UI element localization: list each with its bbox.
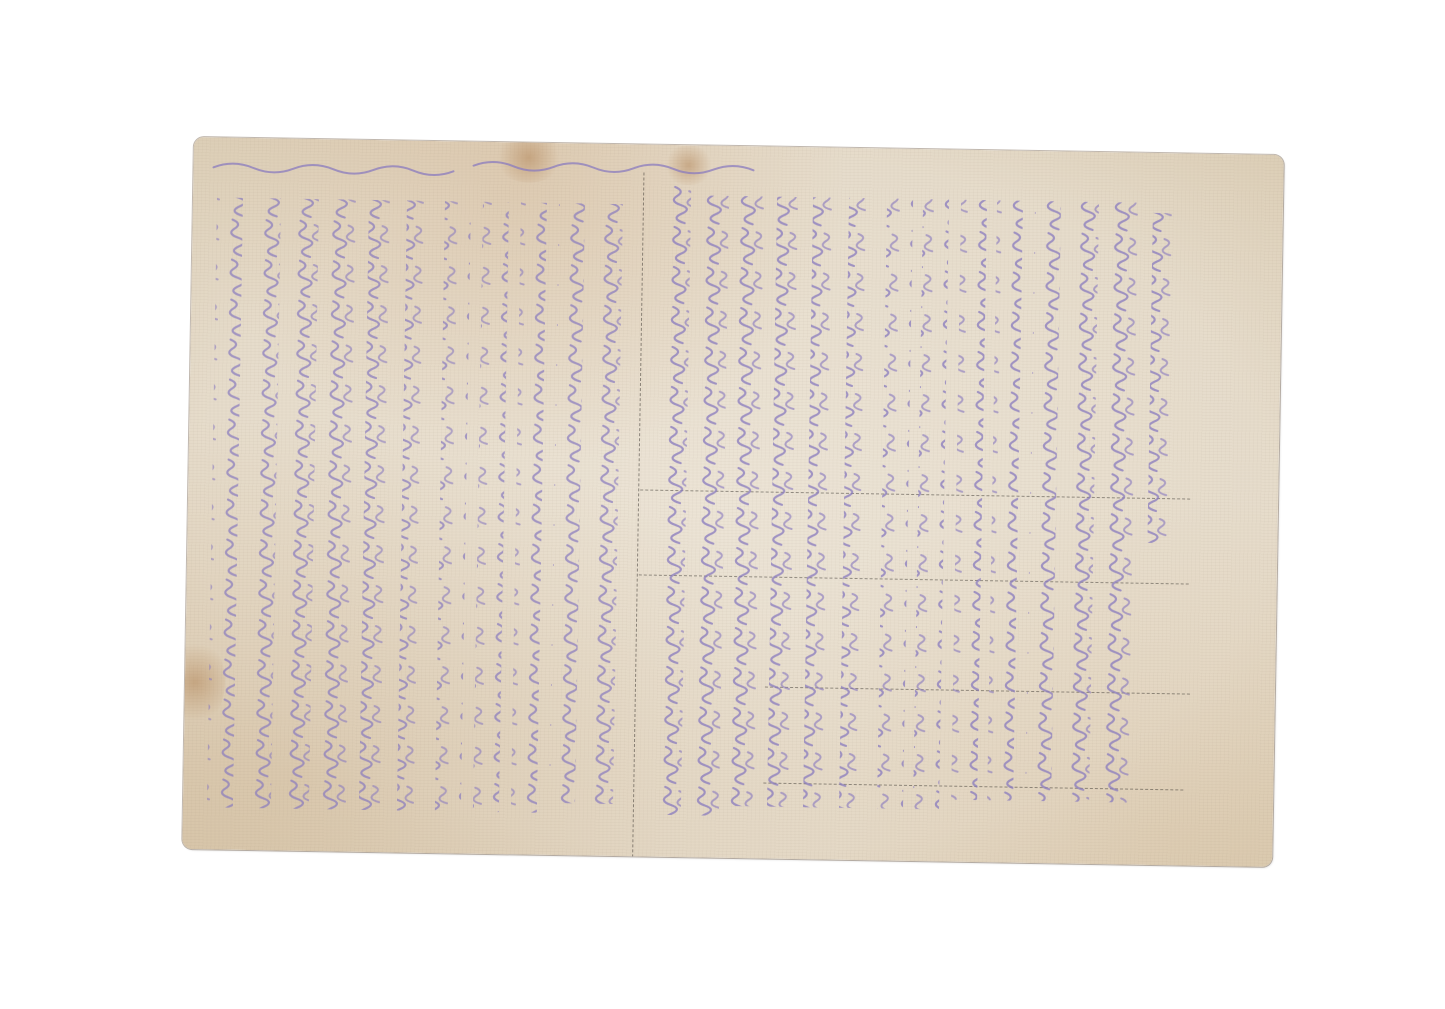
top-line-text	[213, 157, 753, 180]
postcard-back: Back side of a vintage postcard with han…	[182, 137, 1284, 867]
left-side-text-columns	[207, 197, 623, 814]
handwritten-text	[182, 137, 1284, 867]
photo-stage: Back side of a vintage postcard with han…	[0, 0, 1445, 1009]
handwriting-strokes	[182, 137, 1284, 867]
right-side-text-columns	[655, 185, 1179, 823]
